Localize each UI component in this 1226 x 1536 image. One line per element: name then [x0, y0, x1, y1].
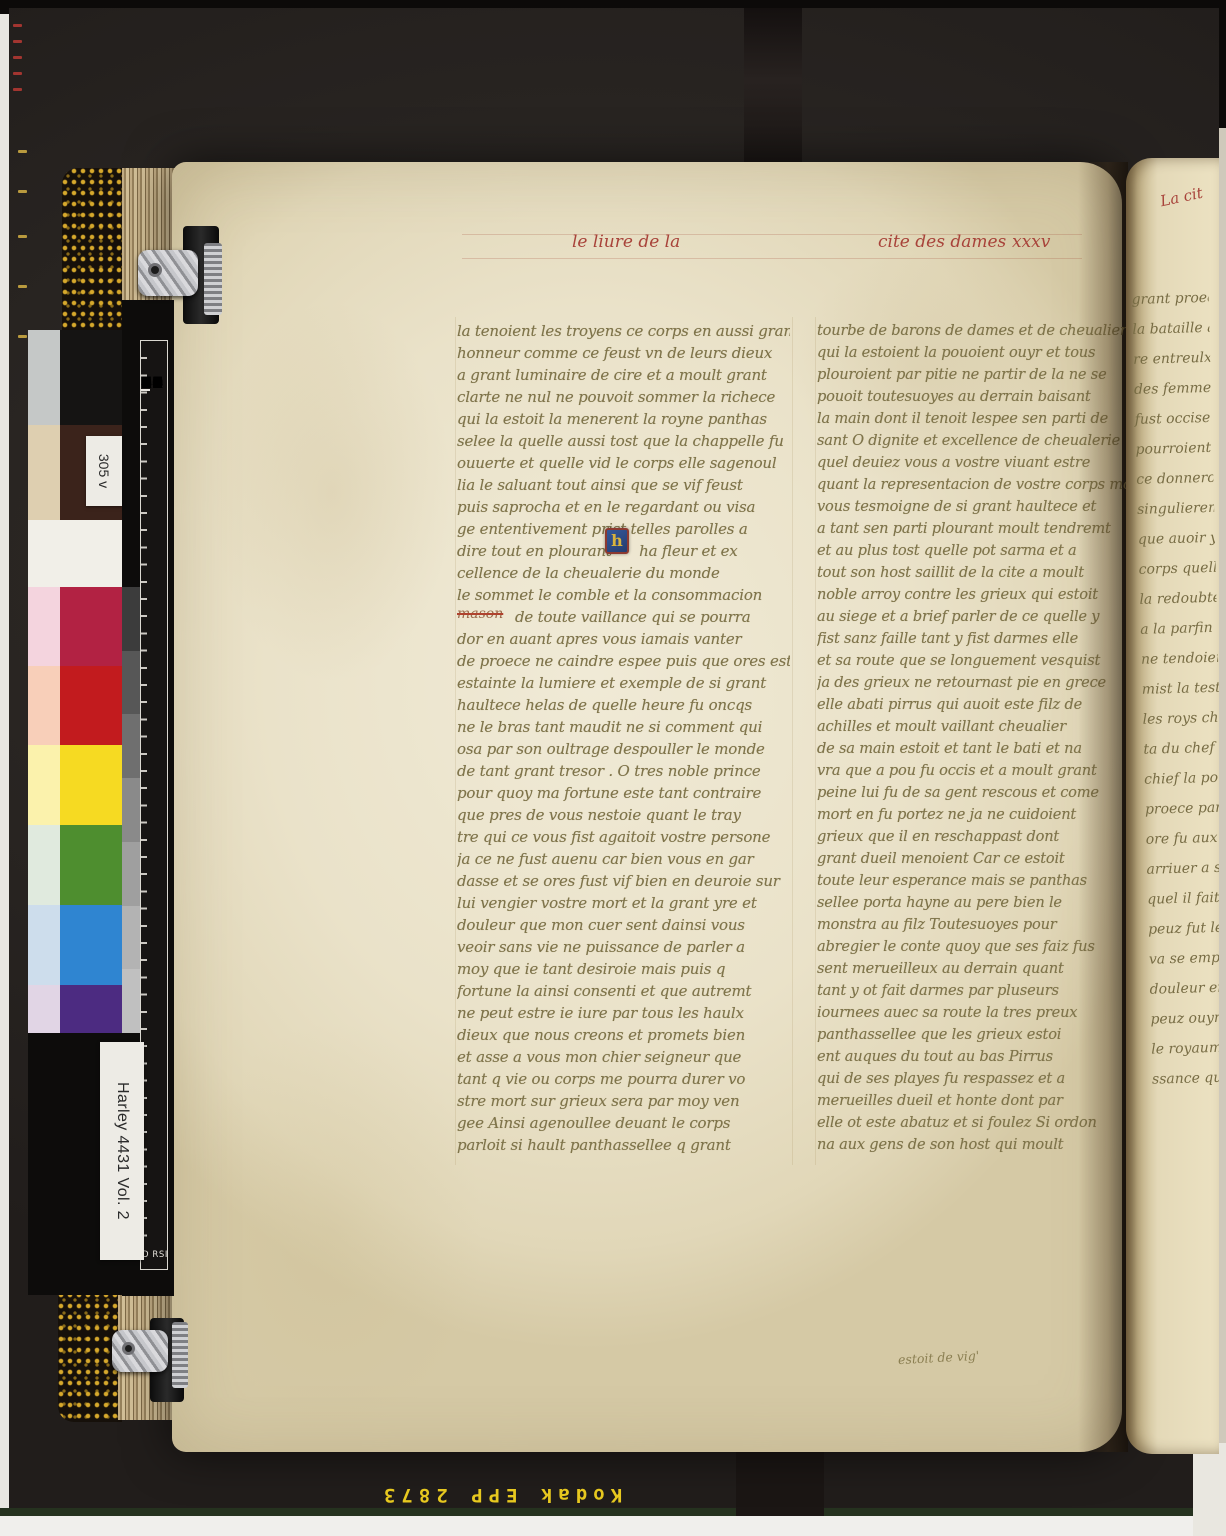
catchword-note: estoit de vig' [898, 1348, 980, 1367]
patch-row [28, 587, 122, 666]
patch-pastel [28, 666, 60, 745]
film-frame-green-strip [0, 1508, 1226, 1516]
manuscript-text-line: lui vengier vostre mort et la grant yre … [457, 892, 790, 914]
clip-ridge-bottom [172, 1322, 188, 1388]
manuscript-text-line: dasse et se ores fust vif bien en deuroi… [457, 870, 790, 892]
manuscript-text-fragment: peuz fut les ama [1132, 920, 1219, 952]
page-clip-top [138, 250, 198, 296]
manuscript-text-line: ne le bras tant maudit ne si comment qui [457, 716, 790, 738]
gray-steps [122, 587, 142, 1033]
clip-hole-top [148, 263, 162, 277]
manuscript-text-line: selee la quelle aussi tost que la chappe… [457, 430, 790, 452]
patch-row [28, 745, 122, 825]
gray-step [122, 906, 142, 970]
patch-pastel [28, 745, 60, 825]
edge-mark [13, 24, 22, 27]
manuscript-text-fragment: ssance qui dura [1136, 1070, 1219, 1102]
patch-pastel [28, 330, 60, 425]
manuscript-text-line: douleur que mon cuer sent dainsi vous [457, 914, 790, 936]
manuscript-text-line: puis saprocha et en le regardant ou visa [457, 496, 790, 518]
manuscript-text-line: tre qui ce vous fist agaitoit vostre per… [457, 826, 790, 848]
manuscript-text-fragment: pourroient faire gu [1126, 440, 1213, 472]
manuscript-text-fragment: chief la pourchass [1128, 770, 1219, 802]
manuscript-text-line: pour quoy ma fortune este tant contraire [457, 782, 790, 804]
running-header-right: cite des dames [878, 232, 1006, 252]
gutter-shadow [1078, 162, 1128, 1452]
edge-mark [13, 40, 22, 43]
patch-row [28, 985, 122, 1033]
parchment-stain [182, 1022, 482, 1442]
manuscript-text-fragment: singulierement pense [1126, 500, 1215, 532]
manuscript-text-line: ja ce ne fust auenu car bien vous en gar [457, 848, 790, 870]
edge-mark [18, 235, 27, 238]
patch-row [28, 520, 122, 587]
page-clip-bottom [112, 1330, 168, 1372]
expunged-word: mason [457, 606, 503, 622]
gray-step [122, 714, 142, 778]
edge-mark [18, 335, 27, 338]
manuscript-text-line: fortune la ainsi consenti et que autremt [457, 980, 790, 1002]
manuscript-text-line: dor en auant apres vous iamais vanter [457, 628, 790, 650]
manuscript-text-line: osa par son oultrage despouller le monde [457, 738, 790, 760]
patch-row [28, 825, 122, 905]
film-frame-bottom-strip [0, 1516, 1226, 1536]
manuscript-page-recto: La cit grant proecela bataille a millere… [1126, 158, 1219, 1454]
manuscript-text-fragment: des femmes car par [1126, 380, 1212, 412]
patch-strong [60, 905, 122, 985]
edge-mark [18, 285, 27, 288]
manuscript-text-line: honneur comme ce feust vn de leurs dieux [457, 342, 790, 364]
clip-hole-bottom [122, 1342, 135, 1355]
shelfmark-label-text: Harley 4431 Vol. 2 [113, 1082, 131, 1220]
manuscript-text-fragment: que auoir y peussent [1126, 530, 1215, 562]
edge-mark [13, 56, 22, 59]
gray-step [122, 969, 142, 1033]
edge-mark [18, 190, 27, 193]
manuscript-text-line: ne peut estre ie iure par tous les haulx [457, 1002, 790, 1024]
gray-step [122, 651, 142, 715]
manuscript-text-fragment: arriuer a son pays [1130, 860, 1219, 892]
manuscript-page-verso: le liure de la cite des dames xxxv la te… [172, 162, 1122, 1452]
manuscript-text-line: lia le saluant tout ainsi que se vif feu… [457, 474, 790, 496]
edge-mark [18, 150, 27, 153]
gilt-binding-edge-top [62, 168, 126, 336]
recto-running-header: La cit [1159, 184, 1205, 211]
edge-mark [13, 88, 22, 91]
patch-pastel [28, 825, 60, 905]
patch-strong [60, 825, 122, 905]
manuscript-text-line: ouuerte et quelle vid le corps elle sage… [457, 452, 790, 474]
gray-step [122, 587, 142, 651]
patch-strong [60, 666, 122, 745]
manuscript-text-line: de tant grant tresor . O tres noble prin… [457, 760, 790, 782]
film-frame-right-strip [1219, 128, 1226, 1448]
parchment-stain [212, 302, 452, 682]
patch-strong [60, 587, 122, 666]
manuscript-text-line: et asse a vous mon chier seigneur que [457, 1046, 790, 1068]
manuscript-text-fragment: le royaume de [1135, 1040, 1219, 1072]
patch-row [28, 666, 122, 745]
manuscript-text-line: estainte la lumiere et exemple de si gra… [457, 672, 790, 694]
folio-label-text: 305 v [96, 454, 112, 488]
patch-pastel [28, 905, 60, 985]
manuscript-text-line: cellence de la cheualerie du monde [457, 562, 790, 584]
folio-label: 305 v [86, 436, 122, 506]
manuscript-text-fragment: ta du chef li donna [1127, 740, 1219, 772]
manuscript-text-line: veoir sans vie ne puissance de parler a [457, 936, 790, 958]
book-strap-bottom [736, 1446, 824, 1516]
column-ruling [815, 317, 816, 1165]
patch-strong [60, 745, 122, 825]
running-header-left: le liure de la [572, 232, 680, 252]
manuscript-text-fragment: proece panthass [1129, 800, 1219, 832]
manuscript-text-line: moy que ie tant desiroie mais puis q [457, 958, 790, 980]
manuscript-text-fragment: la bataille a mille [1126, 320, 1210, 352]
patch-pastel [28, 985, 60, 1033]
manuscript-text-line: de proece ne caindre espee puis que ores… [457, 650, 790, 672]
manuscript-text-line: a grant luminaire de cire et a moult gra… [457, 364, 790, 386]
patch-strong [60, 330, 122, 425]
photograph-frame: le liure de la cite des dames xxxv la te… [0, 0, 1226, 1536]
illuminated-initial: h [605, 528, 629, 554]
manuscript-text-fragment: mist la teste sud [1126, 680, 1219, 712]
manuscript-text-fragment: quel il fait et a [1131, 890, 1219, 922]
header-ruling-line [462, 258, 1082, 259]
manuscript-text-fragment: grant proece [1126, 290, 1209, 322]
manuscript-text-fragment: va se emporte [1133, 950, 1219, 982]
manuscript-text-fragment: la redoubterent [1126, 590, 1217, 622]
manuscript-text-line: parloit si hault panthassellee q grant [457, 1134, 790, 1156]
gray-step [122, 842, 142, 906]
patch-row [28, 905, 122, 985]
manuscript-text-line: clarte ne nul ne pouvoit sommer la riche… [457, 386, 790, 408]
clip-ridge-top [204, 243, 222, 315]
manuscript-text-fragment: peuz ouyr comm [1134, 1010, 1219, 1042]
manuscript-text-line: de toute vaillance qui se pourra [457, 606, 790, 628]
recto-line-fragments: grant proecela bataille a millere entreu… [1126, 290, 1219, 1102]
book-strap-top [744, 8, 802, 168]
left-column-lines: la tenoient les troyens ce corps en auss… [457, 320, 790, 1162]
manuscript-text-line: qui la estoit la menerent la royne panth… [457, 408, 790, 430]
manuscript-text-fragment: douleur en sa terre [1133, 980, 1219, 1012]
film-frame-corner-block [1193, 1443, 1226, 1536]
manuscript-text-fragment: a la parfin comme [1126, 620, 1218, 652]
gray-step [122, 778, 142, 842]
edge-mark [13, 72, 22, 75]
patch-strong [60, 985, 122, 1033]
manuscript-text-line: tant q vie ou corps me pourra durer vo [457, 1068, 790, 1090]
shelfmark-label: Harley 4431 Vol. 2 [100, 1042, 144, 1260]
column-ruling [455, 317, 456, 1165]
manuscript-text-line: stre mort sur grieux sera par moy ven [457, 1090, 790, 1112]
column-ruling [792, 317, 793, 1165]
film-edge-label: Kodak EPP 2873 [290, 1482, 710, 1508]
manuscript-text-line: gee Ainsi agenoullee deuant le corps [457, 1112, 790, 1134]
manuscript-text-line: que pres de vous nestoie quant le tray [457, 804, 790, 826]
patch-white [28, 520, 122, 587]
manuscript-text-line: la tenoient les troyens ce corps en auss… [457, 320, 790, 342]
manuscript-text-line: haultece helas de quelle heure fu oncqs [457, 694, 790, 716]
patch-pastel [28, 425, 60, 520]
manuscript-text-fragment: corps quelle do [1126, 560, 1216, 592]
manuscript-text-line: le sommet le comble et la consommacion [457, 584, 790, 606]
manuscript-text-fragment: ce donneroit A cest [1126, 470, 1214, 502]
manuscript-text-fragment: ore fu aux troyens [1130, 830, 1219, 862]
film-frame-left-strip [0, 14, 9, 1536]
patch-row [28, 330, 122, 425]
manuscript-text-fragment: ne tendoient tant [1126, 650, 1219, 682]
manuscript-text-fragment: re entreulx pant [1126, 350, 1211, 382]
patch-pastel [28, 587, 60, 666]
manuscript-text-fragment: fust occise et le [1126, 410, 1212, 442]
running-header-numeral: xxxv [1012, 232, 1050, 252]
manuscript-text-line: dieux que nous creons et promets bien [457, 1024, 790, 1046]
manuscript-text-fragment: les roys cheuali [1126, 710, 1219, 742]
